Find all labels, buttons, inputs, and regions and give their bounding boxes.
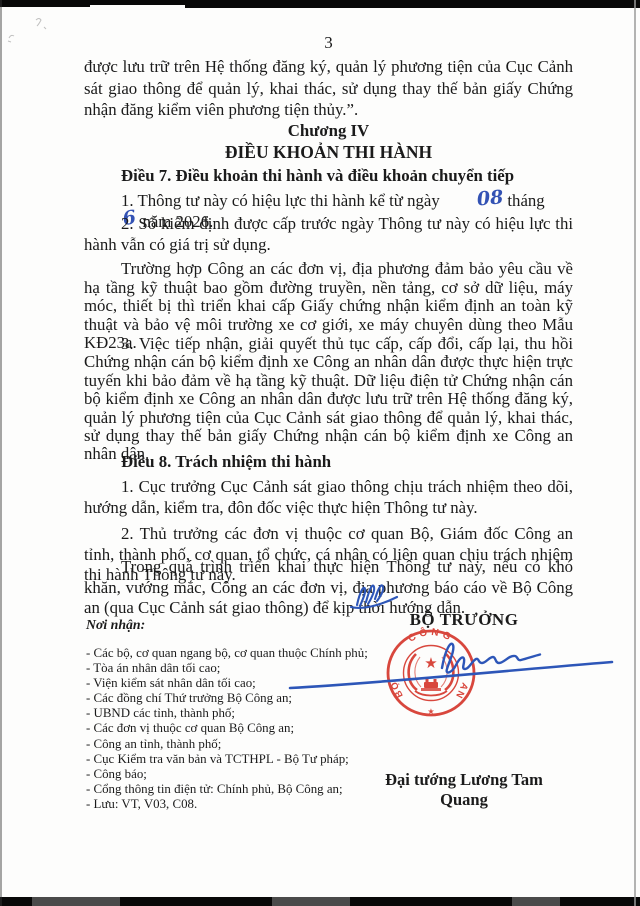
- signer-name: Đại tướng Lương Tam Quang: [360, 770, 568, 810]
- handwritten-day: 08: [440, 197, 503, 203]
- scan-edge-bottom: [0, 897, 640, 906]
- article7-clause3: 3. Việc tiếp nhận, giải quyết thủ tục cấ…: [84, 335, 573, 464]
- article7-heading: Điều 7. Điều khoản thi hành và điều khoả…: [84, 165, 573, 186]
- chapter-label: Chương IV: [84, 120, 573, 141]
- clause1-mid: tháng: [507, 191, 544, 210]
- article8-clause1: 1. Cục trưởng Cục Cảnh sát giao thông ch…: [84, 477, 573, 518]
- recipient-item: - Cổng thông tin điện tử: Chính phủ, Bộ …: [86, 782, 386, 797]
- recipient-item: - Các đơn vị thuộc cơ quan Bộ Công an;: [86, 721, 386, 736]
- minister-signature-ink: [282, 628, 638, 702]
- scan-edge-top-left: [0, 0, 90, 7]
- article8-heading: Điều 8. Trách nhiệm thi hành: [84, 451, 573, 472]
- scan-edge-right: [634, 0, 636, 906]
- paragraph-intro-continuation: được lưu trữ trên Hệ thống đăng ký, quản…: [84, 56, 573, 121]
- scanned-document-page: 3 được lưu trữ trên Hệ thống đăng ký, qu…: [0, 0, 640, 906]
- recipient-item: - Công an tỉnh, thành phố;: [86, 737, 386, 752]
- article7-clause2: 2. Sổ kiểm định được cấp trước ngày Thôn…: [84, 214, 573, 255]
- recipient-item: - Công báo;: [86, 767, 386, 782]
- clause1-text: 1. Thông tư này có hiệu lực thi hành kể …: [121, 191, 440, 210]
- scan-edge-top-thick: [185, 0, 640, 8]
- seal-bottom-star: ★: [427, 707, 434, 716]
- recipient-item: - UBND các tỉnh, thành phố;: [86, 706, 386, 721]
- pencil-smudge-icon: [30, 16, 52, 32]
- pencil-smudge-icon: [5, 30, 23, 44]
- recipient-item: - Cục Kiểm tra văn bản và TCTHPL - Bộ Tư…: [86, 752, 386, 767]
- chapter-title: ĐIỀU KHOẢN THI HÀNH: [84, 142, 573, 163]
- scan-edge-left: [0, 0, 2, 906]
- page-number: 3: [84, 33, 573, 53]
- recipient-item: - Lưu: VT, V03, C08.: [86, 797, 386, 812]
